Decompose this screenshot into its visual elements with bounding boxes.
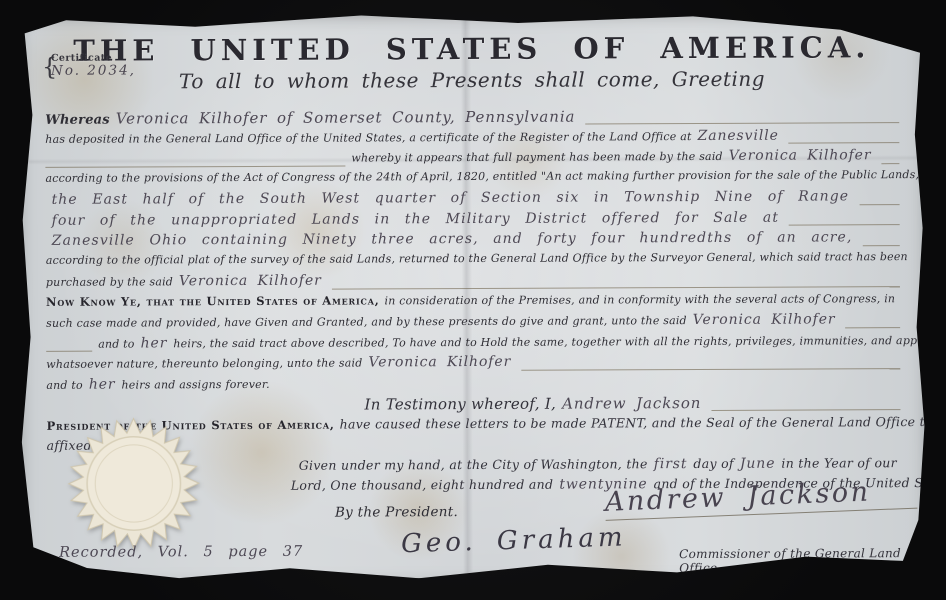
printed-text: such case made and provided, have Given … xyxy=(46,314,687,330)
ruled-line xyxy=(521,367,900,371)
printed-text: according to the provisions of the Act o… xyxy=(45,167,944,184)
ruled-line xyxy=(45,164,345,167)
ruled-line xyxy=(46,350,92,352)
ruled-line xyxy=(711,408,900,411)
line-testimony: In Testimony whereof, I, Andrew Jackson xyxy=(364,393,900,416)
handwritten-tract-description: four of the unappropriated Lands in the … xyxy=(52,209,780,228)
recorded-volume-note: Recorded, Vol. 5 page 37 xyxy=(59,544,303,561)
ruled-line xyxy=(332,285,900,289)
embossed-seal-icon xyxy=(68,417,201,550)
certificate-number-block: { Certificate No. 2034, xyxy=(51,53,136,78)
handwritten-day: first xyxy=(654,456,688,472)
handwritten-land-office: Zanesville xyxy=(698,127,779,143)
handwritten-tract-description: Zanesville Ohio containing Ninety three … xyxy=(52,229,853,248)
photo-background: { Certificate No. 2034, THE UNITED STATE… xyxy=(0,0,946,600)
handwritten-grantee: Veronica Kilhofer xyxy=(693,311,836,328)
printed-text: and to xyxy=(46,378,82,391)
document-title: THE UNITED STATES OF AMERICA. xyxy=(45,30,899,70)
greeting-line: To all to whom these Presents shall come… xyxy=(45,66,899,98)
printed-script-text: Given under my hand, at the City of Wash… xyxy=(299,456,648,473)
printed-text: heirs and assigns forever. xyxy=(121,377,269,391)
commissioner-title: Commissioner of the General Land Office. xyxy=(679,546,935,575)
ruled-line xyxy=(859,203,899,205)
printed-text: and to xyxy=(98,337,134,350)
printed-script-text: day of xyxy=(693,455,734,470)
ruled-line xyxy=(789,223,900,225)
printed-script-text: have caused these letters to be made PAT… xyxy=(340,413,946,431)
printed-text: whereby it appears that full payment has… xyxy=(351,150,722,165)
printed-script-text: Lord, One thousand, eight hundred and xyxy=(291,477,554,493)
document-content: { Certificate No. 2034, THE UNITED STATE… xyxy=(11,6,936,594)
printed-text: has deposited in the General Land Office… xyxy=(45,130,691,146)
printed-text: whatsoever nature, thereunto belonging, … xyxy=(46,356,362,370)
certificate-number: No. 2034, xyxy=(51,63,136,78)
ruled-line xyxy=(862,244,899,246)
handwritten-grantee: Veronica Kilhofer xyxy=(179,273,322,290)
printed-text: purchased by the said xyxy=(46,275,173,289)
printed-text: Whereas xyxy=(45,113,110,128)
handwritten-grantee: Veronica Kilhofer xyxy=(729,147,872,164)
ruled-line xyxy=(585,121,899,124)
by-the-president-label: By the President. xyxy=(335,504,458,521)
printed-text: in consideration of the Premises, and in… xyxy=(384,292,895,307)
handwritten-tract-description: the East half of the South West quarter … xyxy=(52,188,850,207)
handwritten-grantee: Veronica Kilhofer of Somerset County, Pe… xyxy=(116,108,576,128)
parchment-document: { Certificate No. 2034, THE UNITED STATE… xyxy=(11,6,936,594)
printed-smallcaps-text: Now Know Ye, that the United States of A… xyxy=(46,293,380,308)
printed-script-text: In Testimony whereof, I, xyxy=(364,395,556,414)
certificate-brace: { xyxy=(42,55,57,80)
ruled-line xyxy=(789,141,900,143)
handwritten-president-name: Andrew Jackson xyxy=(562,394,701,413)
handwritten-pronoun: her xyxy=(89,376,116,392)
handwritten-pronoun: her xyxy=(141,335,168,351)
commissioner-signature: Geo. Graham xyxy=(401,522,627,559)
handwritten-month: June xyxy=(740,455,776,471)
printed-text: according to the official plat of the su… xyxy=(46,250,908,267)
printed-script-text: in the Year of our xyxy=(781,455,897,471)
ruled-line xyxy=(845,326,900,328)
printed-text: heirs, the said tract above described, T… xyxy=(173,333,946,350)
handwritten-grantee: Veronica Kilhofer xyxy=(368,354,511,371)
ruled-line xyxy=(881,162,899,164)
line-given-1: Given under my hand, at the City of Wash… xyxy=(299,455,901,478)
